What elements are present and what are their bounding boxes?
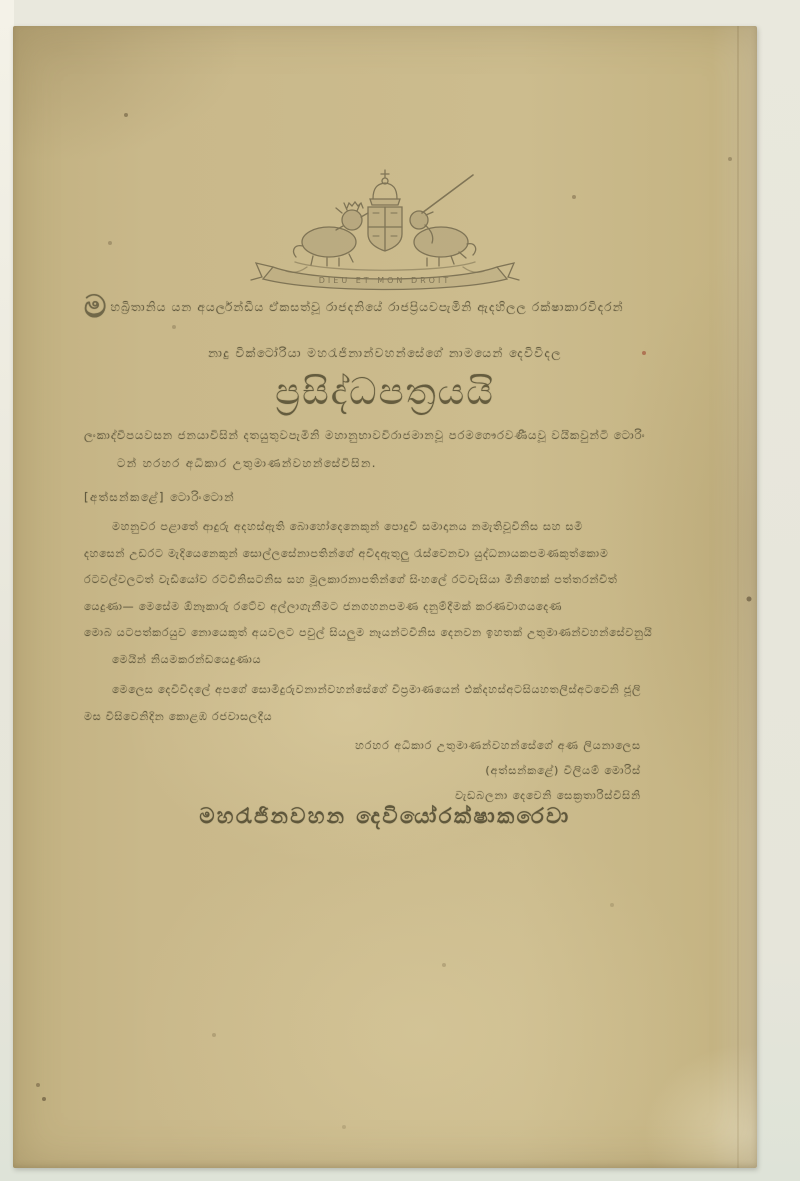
- crown-cross: [381, 170, 389, 178]
- paragraph-1-line-6: මෙයින් නියමකරන්ඩයෙදුණාය: [84, 647, 760, 674]
- paragraph-1-line-3: රටවල්වලටත් වැඩියෝව රටවිනිසටනිස සහ මූලකාර…: [84, 567, 760, 594]
- god-save-the-queen-line: මහරැජිනවහන දෙවියෝරක්ෂාකරෙවා: [13, 804, 757, 829]
- paragraph-1-line-2: දහසෙන් උඩරට මැදියෙනෙකුන් සොල්ලසේනාපතින්ග…: [84, 541, 760, 568]
- drop-cap: ම: [84, 289, 108, 325]
- signature-signed-line: (අත්සන්කළේ) විලියම් මොරිස්: [84, 758, 641, 783]
- paragraph-1-line-5: මොබ යටපත්කරයුව නොයෙකුත් අයවලට පවුල් සියල…: [84, 620, 760, 647]
- paper-specks: [13, 26, 15, 28]
- opening-line-2: නාදු වික්ටෝරියා මහරැජිනාන්වහන්සේගේ නාමයෙ…: [13, 346, 757, 361]
- proclamation-title: ප්‍රසිද්ධපත්‍රයයි: [13, 370, 757, 414]
- signed-note: [අත්සන්කළේ] ටොරිංටොන්: [84, 490, 235, 505]
- proclamation-paper: DIEU ET MON DROIT මහබ්‍රිතානිය යන අයර්ලන…: [13, 26, 757, 1168]
- paragraph-1-line-1: මහනුවර පළාතේ ආදුරු අදහස්ඇති බොහෝදෙනෙකුන්…: [84, 514, 760, 541]
- body-paragraph-2: මෙලෙස දෙවිවිදලේ අපගේ සොමිදුරුවනාන්වහන්සේ…: [84, 676, 760, 730]
- signature-block: හරහර අධිකාර උතුමාණන්වහන්සේගේ අණ ලියනාලෙස…: [84, 733, 641, 808]
- royal-coat-of-arms-icon: DIEU ET MON DROIT: [235, 166, 535, 294]
- signature-command-line: හරහර අධිකාර උතුමාණන්වහන්සේගේ අණ ලියනාලෙස: [84, 733, 641, 758]
- arms-motto: DIEU ET MON DROIT: [319, 276, 451, 285]
- paragraph-2-line-1: මෙලෙස දෙවිවිදලේ අපගේ සොමිදුරුවනාන්වහන්සේ…: [84, 676, 760, 703]
- paragraph-2-line-2: මස විසිවෙනිදින කොළඹ රජවාසලදීය: [84, 703, 760, 730]
- mount-edge-highlight: [0, 0, 14, 660]
- preamble-line-1: ලංකාද්වීපයවසන ජනයාවිසින් දතයුතුවපැමිනි ම…: [84, 428, 756, 443]
- body-paragraph-1: මහනුවර පළාතේ ආදුරු අදහස්ඇති බොහෝදෙනෙකුන්…: [84, 514, 760, 673]
- paragraph-1-line-4: යෙදුණා— මෙසේම ඕනෑකාරු රටේව අල්ලාගැනීමට ජ…: [84, 594, 760, 621]
- preamble-line-2: ටන් හරහර අධිකාර උතුමාණන්වහන්සේවිසින.: [117, 456, 377, 471]
- opening-line-1-text: හබ්‍රිතානිය යන අයර්ලන්ඩීය ඒකසත්වූ රාජදනි…: [111, 300, 624, 314]
- opening-line-1: මහබ්‍රිතානිය යන අයර්ලන්ඩීය ඒකසත්වූ රාජදන…: [84, 300, 756, 315]
